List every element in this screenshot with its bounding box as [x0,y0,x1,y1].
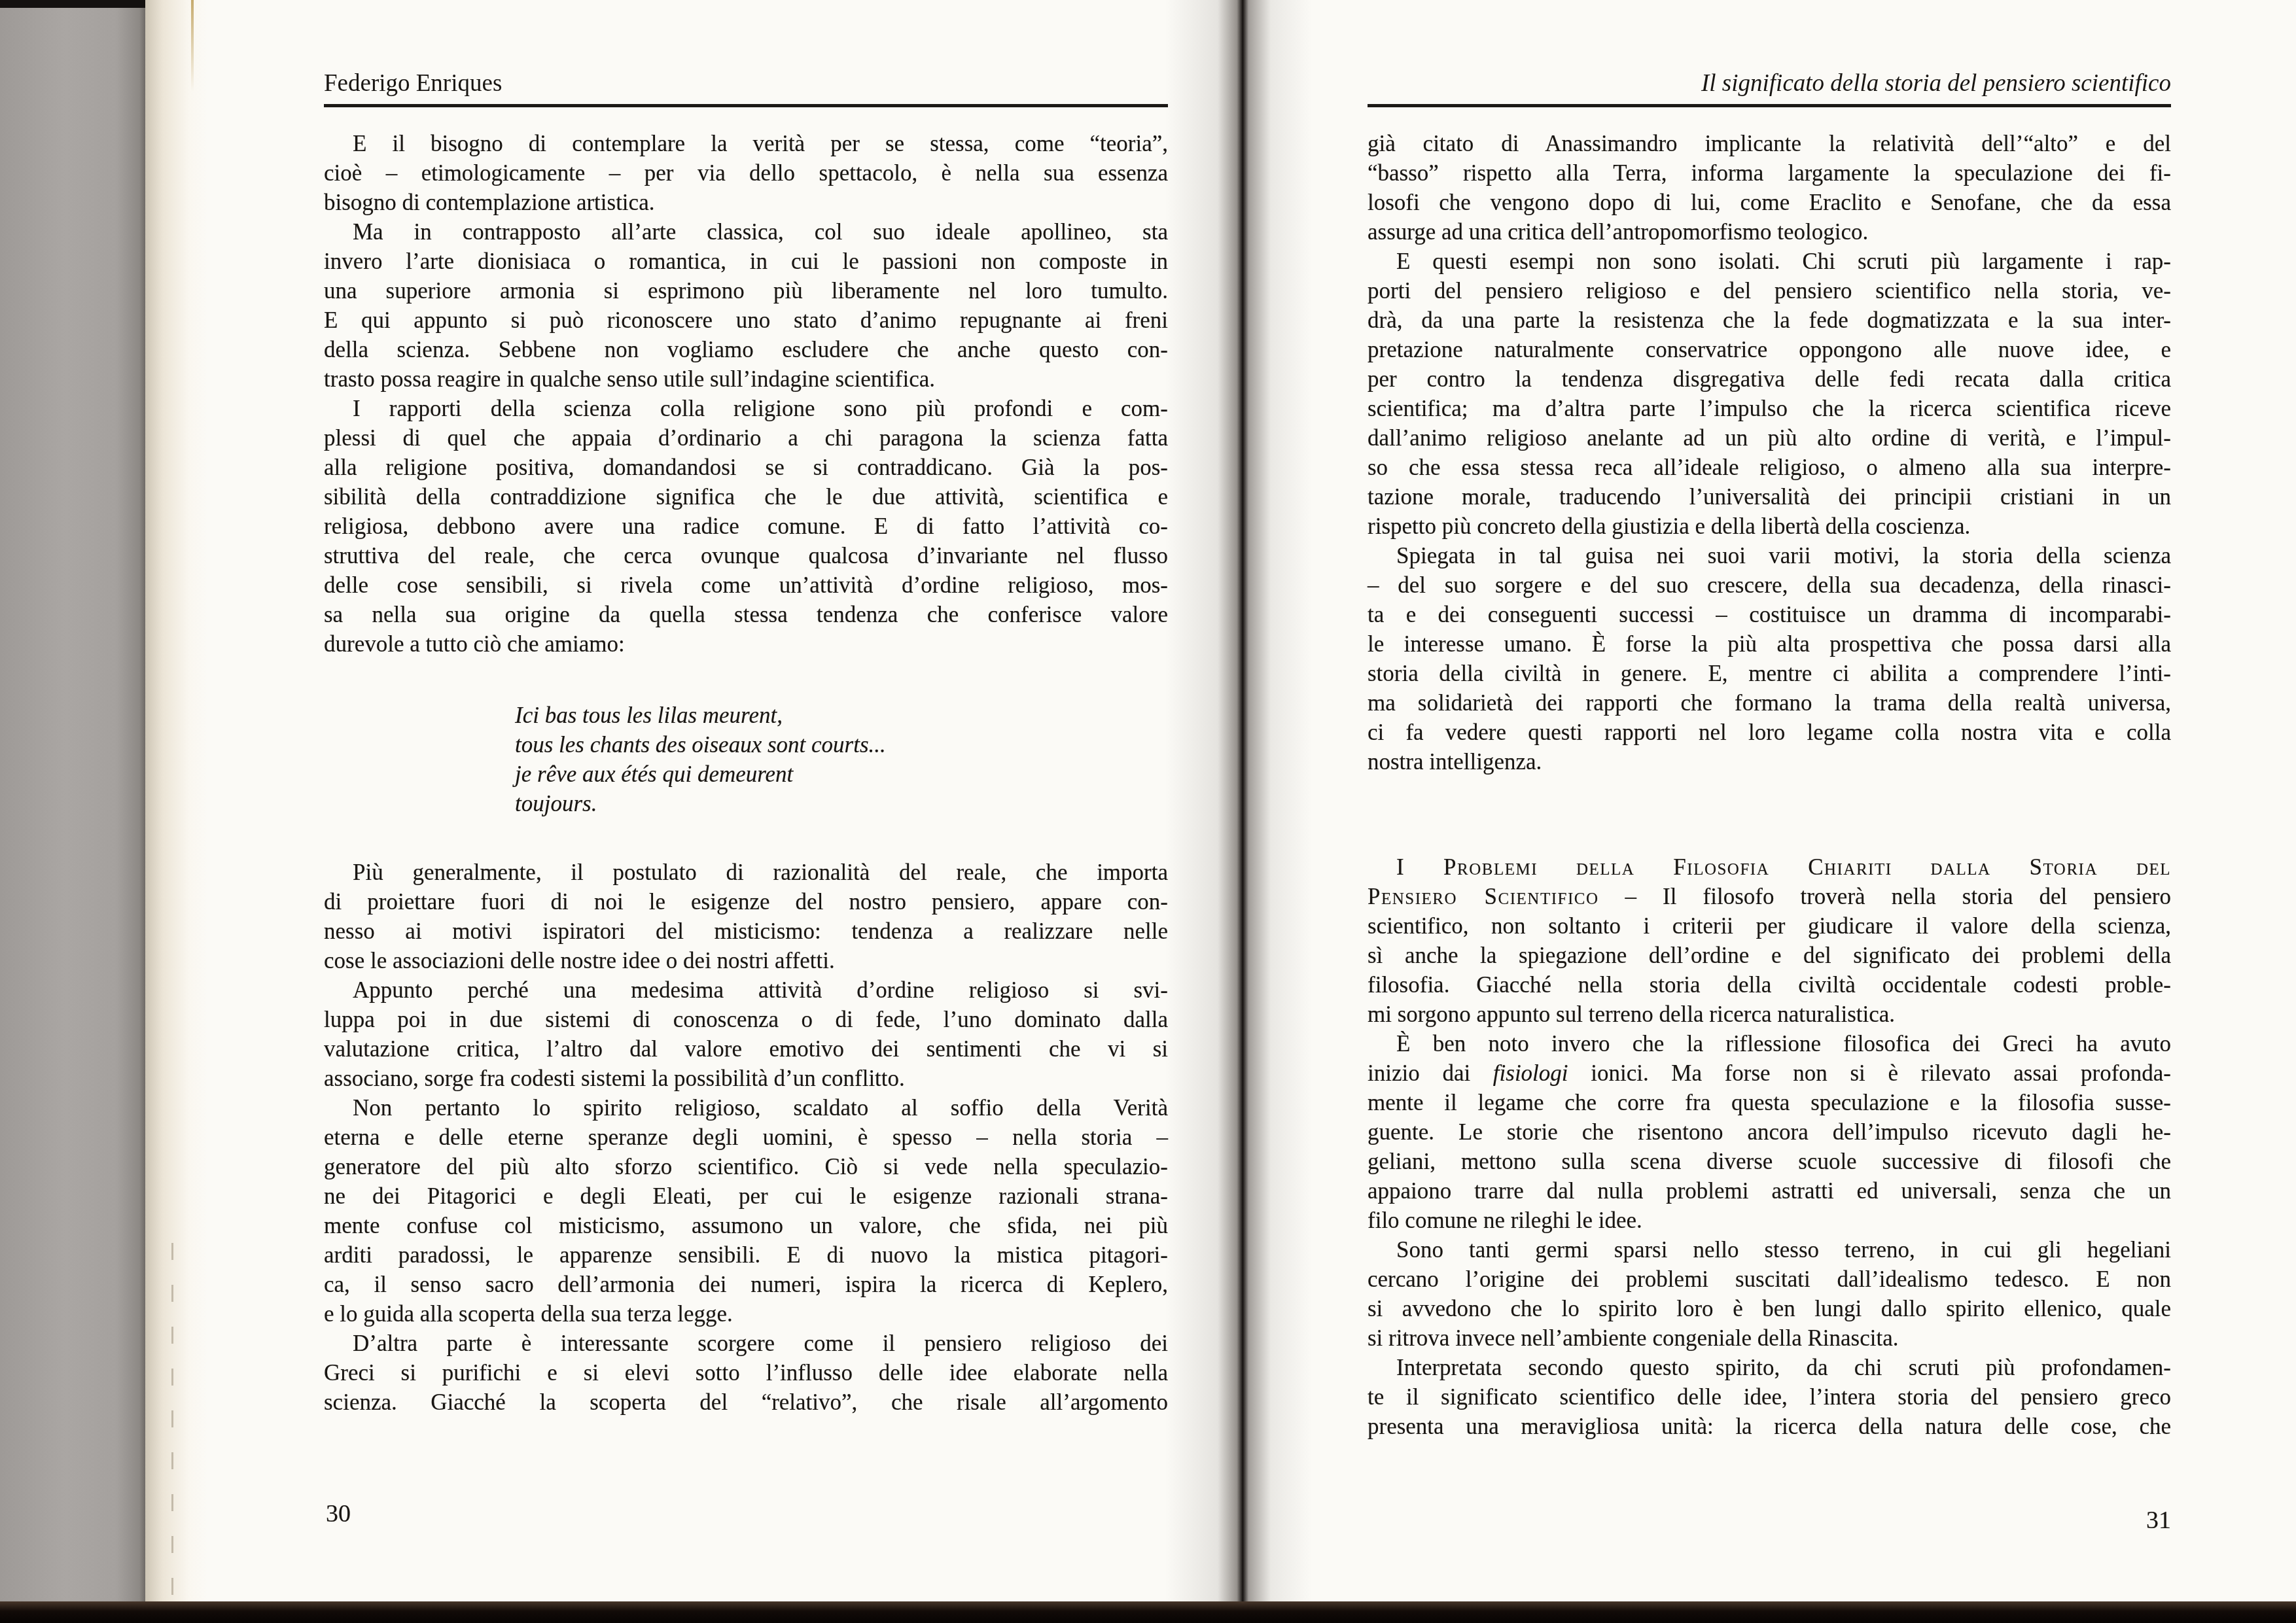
text-line: durevole a tutto ciò che amiamo: [324,629,1168,659]
verse-quote: Ici bas tous les lilas meurent,tous les … [515,701,1168,818]
text-line: Appunto perché una medesima attività d’o… [324,975,1168,1005]
paragraph: già citato di Anassimandro implicante la… [1368,129,2171,247]
page-crease-mark-top [191,0,194,92]
text-line: E questi esempi non sono isolati. Chi sc… [1368,247,2171,276]
text-line: ne dei Pitagorici e degli Eleati, per cu… [324,1181,1168,1211]
text-line: storia della civiltà in genere. E, mentr… [1368,659,2171,688]
text-line: appaiono trarre dal nulla problemi astra… [1368,1176,2171,1206]
text-line: della scienza. Sebbene non vogliamo escl… [324,335,1168,364]
scan-top-edge [0,0,148,8]
text-line: le interesse umano. È forse la più alta … [1368,629,2171,659]
text-line: Sono tanti germi sparsi nello stesso ter… [1368,1235,2171,1265]
text-line: arditi paradossi, le apparenze sensibili… [324,1240,1168,1270]
normal-text: ionici. Ma forse non si è rilevato assai… [1568,1060,2171,1086]
text-line: scienza. Giacché la scoperta del “relati… [324,1387,1168,1417]
text-line: bisogno di contemplazione artistica. [324,188,1168,217]
text-line: cioè – etimologicamente – per via dello … [324,158,1168,188]
text-line: Pensiero Scientifico – Il filosofo trove… [1368,882,2171,911]
text-line: luppa poi in due sistemi di conoscenza o… [324,1005,1168,1034]
text-line: Spiegata in tal guisa nei suoi varii mot… [1368,541,2171,570]
header-rule-right [1368,104,2171,107]
text-line: mi sorgono appunto sul terreno della ric… [1368,1000,2171,1029]
text-line: cercano l’origine dei problemi suscitati… [1368,1265,2171,1294]
text-line: mente il legame che corre fra questa spe… [1368,1088,2171,1117]
smallcaps-text: I Problemi della Filosofia Chiariti dall… [1396,854,2171,880]
text-line: invero l’arte dionisiaca o romantica, in… [324,247,1168,276]
text-line: rispetto più concreto della giustizia e … [1368,512,2171,541]
paragraph: I rapporti della scienza colla religione… [324,394,1168,659]
text-line: filosofia. Giacché nella storia della ci… [1368,970,2171,1000]
text-line: Interpretata secondo questo spirito, da … [1368,1353,2171,1382]
text-line: ca, il senso sacro dell’armonia dei nume… [324,1270,1168,1299]
scanner-background-band [0,0,145,1623]
text-line: associano, sorge fra codesti sistemi la … [324,1064,1168,1093]
page-crease-mark-bottom [171,1243,173,1609]
text-line: losofi che vengono dopo di lui, come Era… [1368,188,2171,217]
text-line: È ben noto invero che la riflessione fil… [1368,1029,2171,1058]
text-line: tazione morale, traducendo l’universalit… [1368,482,2171,512]
text-line: ta e dei conseguenti successi – costitui… [1368,600,2171,629]
text-line: valutazione critica, l’altro dal valore … [324,1034,1168,1064]
paragraph: Non pertanto lo spirito religioso, scald… [324,1093,1168,1329]
page-right: Il significato della storia del pensiero… [1368,68,2171,1441]
text-line: je rêve aux étés qui demeurent [515,759,1168,789]
paragraph: D’altra parte è interessante scorgere co… [324,1329,1168,1417]
text-line: struttiva del reale, che cerca ovunque q… [324,541,1168,570]
paragraph: E il bisogno di contemplare la verità pe… [324,129,1168,217]
page-number-left: 30 [326,1499,351,1528]
text-line: Greci si purifichi e si elevi sotto l’in… [324,1358,1168,1387]
page-number-right: 31 [2146,1506,2171,1535]
paragraph: I Problemi della Filosofia Chiariti dall… [1368,852,2171,1029]
text-line: te il significato scientifico delle idee… [1368,1382,2171,1412]
text-line: sì anche la spiegazione dell’ordine e de… [1368,941,2171,970]
text-line: e lo guida alla scoperta della sua terza… [324,1299,1168,1329]
text-line: religiosa, debbono avere una radice comu… [324,512,1168,541]
scan-bottom-edge [0,1601,2296,1623]
text-line: E qui appunto si può riconoscere uno sta… [324,305,1168,335]
text-line: I Problemi della Filosofia Chiariti dall… [1368,852,2171,882]
text-line: sibilità della contraddizione significa … [324,482,1168,512]
text-line: ma solidarietà dei rapporti che formano … [1368,688,2171,718]
text-line: mente confuse col misticismo, assumono u… [324,1211,1168,1240]
text-line: inizio dai fisiologi ionici. Ma forse no… [1368,1058,2171,1088]
text-line: Ici bas tous les lilas meurent, [515,701,1168,730]
paragraph: Appunto perché una medesima attività d’o… [324,975,1168,1093]
text-line: generatore del più alto sforzo scientifi… [324,1152,1168,1181]
paragraph: È ben noto invero che la riflessione fil… [1368,1029,2171,1235]
text-line: porti del pensiero religioso e del pensi… [1368,276,2171,305]
text-line: Più generalmente, il postulato di razion… [324,858,1168,887]
text-line: già citato di Anassimandro implicante la… [1368,129,2171,158]
text-line: Ma in contrapposto all’arte classica, co… [324,217,1168,247]
paragraph: Interpretata secondo questo spirito, da … [1368,1353,2171,1441]
text-line: tous les chants des oiseaux sont courts.… [515,730,1168,759]
text-line: E il bisogno di contemplare la verità pe… [324,129,1168,158]
paragraph: Sono tanti germi sparsi nello stesso ter… [1368,1235,2171,1353]
text-line: so che essa stessa reca all’ideale relig… [1368,453,2171,482]
text-line: si ritrova invece nell’ambiente congenia… [1368,1323,2171,1353]
book-scan: Federigo Enriques E il bisogno di contem… [0,0,2296,1623]
text-line: eterna e delle eterne speranze degli uom… [324,1123,1168,1152]
text-line: nesso ai motivi ispiratori del misticism… [324,916,1168,946]
page-left: Federigo Enriques E il bisogno di contem… [324,68,1168,1417]
text-line: “basso” rispetto alla Terra, informa lar… [1368,158,2171,188]
text-line: scientifica; ma d’altra parte l’impulso … [1368,394,2171,423]
text-line: drà, da una parte la resistenza che la f… [1368,305,2171,335]
running-header-author: Federigo Enriques [324,68,1168,99]
smallcaps-text: Pensiero Scientifico [1368,884,1598,909]
header-rule-left [324,104,1168,107]
text-line: toujours. [515,789,1168,818]
text-line: alla religione positiva, domandandosi se… [324,453,1168,482]
text-line: trasto possa reagire in qualche senso ut… [324,364,1168,394]
text-line: – del suo sorgere e del suo crescere, de… [1368,570,2171,600]
text-line: si avvedono che lo spirito loro è ben lu… [1368,1294,2171,1323]
normal-text: – Il filosofo troverà nella storia del p… [1598,884,2171,909]
text-line: scientifico, non soltanto i criterii per… [1368,911,2171,941]
text-line: Non pertanto lo spirito religioso, scald… [324,1093,1168,1123]
paragraph: Più generalmente, il postulato di razion… [324,858,1168,975]
book-gutter-shadow [1165,0,1312,1623]
italic-text: fisiologi [1493,1060,1568,1086]
paragraph: Ma in contrapposto all’arte classica, co… [324,217,1168,394]
text-line: ci fa vedere questi rapporti nel loro le… [1368,718,2171,747]
text-line: una superiore armonia si esprimono più l… [324,276,1168,305]
normal-text: inizio dai [1368,1060,1493,1086]
text-line: dall’animo religioso anelante ad un più … [1368,423,2171,453]
text-line: geliani, mettono sulla scena diverse scu… [1368,1147,2171,1176]
text-line: guente. Le storie che risentono ancora d… [1368,1117,2171,1147]
page-body-left: E il bisogno di contemplare la verità pe… [324,129,1168,1417]
text-line: per contro la tendenza disgregativa dell… [1368,364,2171,394]
text-line: sa nella sua origine da quella stessa te… [324,600,1168,629]
text-line: presenta una meravigliosa unità: la rice… [1368,1412,2171,1441]
text-line: plessi di quel che appaia d’ordinario a … [324,423,1168,453]
text-line: cose le associazioni delle nostre idee o… [324,946,1168,975]
page-body-right: già citato di Anassimandro implicante la… [1368,129,2171,1441]
text-line: di proiettare fuori di noi le esigenze d… [324,887,1168,916]
text-line: assurge ad una critica dell’antropomorfi… [1368,217,2171,247]
page-fore-edge [145,0,208,1623]
text-line: nostra intelligenza. [1368,747,2171,777]
paragraph: Spiegata in tal guisa nei suoi varii mot… [1368,541,2171,777]
running-header-title: Il significato della storia del pensiero… [1368,68,2171,99]
text-line: delle cose sensibili, si rivela come un’… [324,570,1168,600]
text-line: D’altra parte è interessante scorgere co… [324,1329,1168,1358]
text-line: pretazione naturalmente conservatrice op… [1368,335,2171,364]
text-line: filo comune ne rileghi le idee. [1368,1206,2171,1235]
text-line: I rapporti della scienza colla religione… [324,394,1168,423]
paragraph: E questi esempi non sono isolati. Chi sc… [1368,247,2171,541]
